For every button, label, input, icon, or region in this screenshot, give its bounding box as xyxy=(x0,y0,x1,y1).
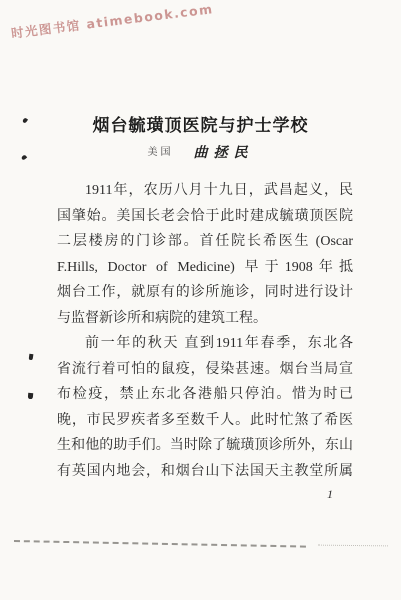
body-line: 有英国内地会，和烟台山下法国天主教堂所属 xyxy=(57,459,353,485)
body-line: F.Hills, Doctor of Medicine) 早于1908年抵 xyxy=(57,255,353,281)
scanned-page: 时光图书馆 atimebook.com 烟台毓璜顶医院与护士学校 美国 曲拯民 … xyxy=(0,0,401,600)
body-line: 前一年的秋天 直到1911年春季，东北各 xyxy=(57,331,353,357)
scan-crease-artifact xyxy=(14,540,306,548)
scan-crease-artifact xyxy=(318,545,388,547)
body-line: 省流行着可怕的鼠疫，侵染甚速。烟台当局宣 xyxy=(57,357,353,383)
body-line: 1911年，农历八月十九日，武昌起义，民 xyxy=(57,178,353,204)
library-watermark: 时光图书馆 atimebook.com xyxy=(10,0,231,42)
body-line: 国肇始。美国长老会恰于此时建成毓璜顶医院 xyxy=(57,204,353,230)
ink-speck xyxy=(28,393,34,399)
page-number: 1 xyxy=(327,487,333,502)
body-line: 二层楼房的门诊部。首任院长希医生 (Oscar xyxy=(57,229,353,255)
body-text: 1911年，农历八月十九日，武昌起义，民国肇始。美国长老会恰于此时建成毓璜顶医院… xyxy=(57,178,353,484)
article-title: 烟台毓璜顶医院与护士学校 xyxy=(0,111,401,136)
byline: 美国 曲拯民 xyxy=(0,142,401,162)
ink-speck xyxy=(29,354,34,360)
body-line: 生和他的助手们。当时除了毓璜顶诊所外，东山 xyxy=(57,433,353,459)
body-line: 烟台工作，就原有的诊所施诊，同时进行设计 xyxy=(57,280,353,306)
body-line: 布检疫，禁止东北各港船只停泊。惜为时已 xyxy=(57,382,353,408)
body-line: 晚，市民罗疾者多至数千人。此时忙煞了希医 xyxy=(57,408,353,434)
author-name: 曲拯民 xyxy=(194,146,254,161)
body-line: 与监督新诊所和病院的建筑工程。 xyxy=(57,306,353,332)
author-region: 美国 xyxy=(148,147,174,158)
